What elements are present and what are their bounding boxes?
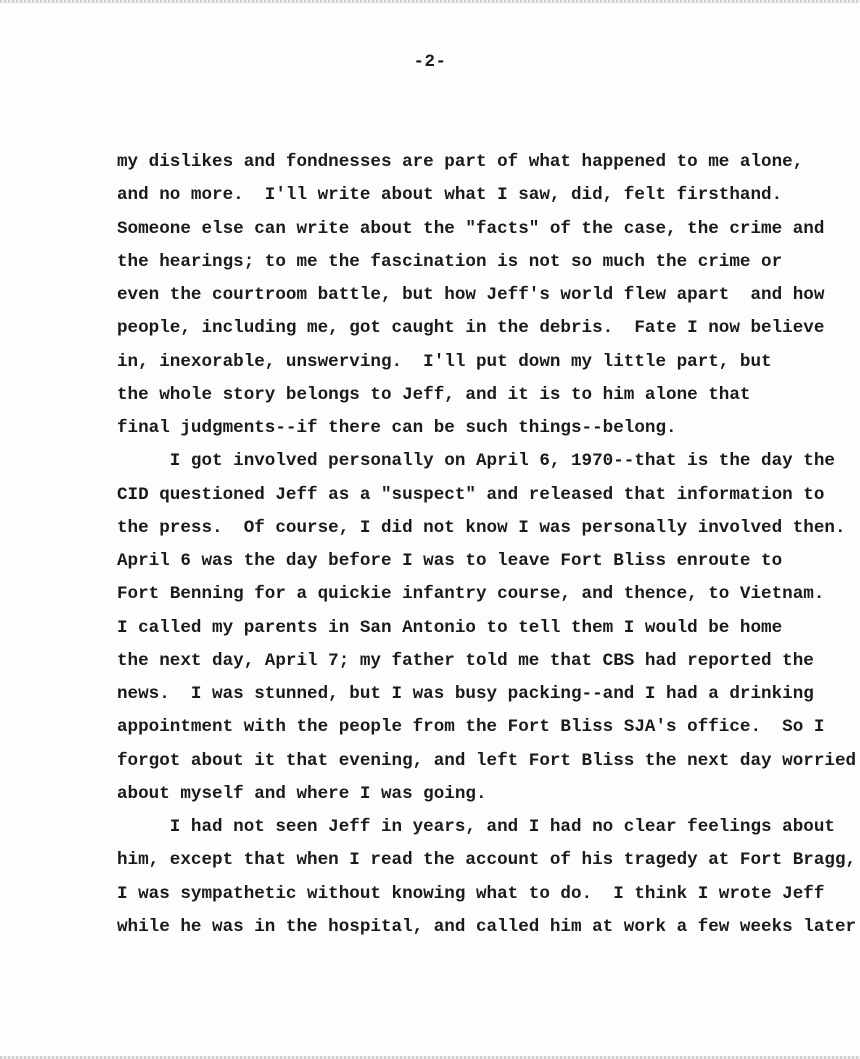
- text-line: in, inexorable, unswerving. I'll put dow…: [117, 350, 857, 383]
- text-line: I got involved personally on April 6, 19…: [117, 449, 857, 482]
- paragraph-1: my dislikes and fondnesses are part of w…: [117, 150, 857, 449]
- text-line: April 6 was the day before I was to leav…: [117, 549, 857, 582]
- text-line: about myself and where I was going.: [117, 782, 857, 815]
- paragraph-3: I had not seen Jeff in years, and I had …: [117, 815, 857, 948]
- body-text: my dislikes and fondnesses are part of w…: [117, 150, 857, 948]
- text-line: Someone else can write about the "facts"…: [117, 217, 857, 250]
- text-line: him, except that when I read the account…: [117, 848, 857, 881]
- text-line: and no more. I'll write about what I saw…: [117, 183, 857, 216]
- text-line: news. I was stunned, but I was busy pack…: [117, 682, 857, 715]
- text-line: the hearings; to me the fascination is n…: [117, 250, 857, 283]
- page-number: -2-: [0, 52, 860, 72]
- text-line: I was sympathetic without knowing what t…: [117, 882, 857, 915]
- text-line: my dislikes and fondnesses are part of w…: [117, 150, 857, 183]
- text-line: CID questioned Jeff as a "suspect" and r…: [117, 483, 857, 516]
- paragraph-2: I got involved personally on April 6, 19…: [117, 449, 857, 815]
- text-line: I had not seen Jeff in years, and I had …: [117, 815, 857, 848]
- text-line: final judgments--if there can be such th…: [117, 416, 857, 449]
- text-line: even the courtroom battle, but how Jeff'…: [117, 283, 857, 316]
- text-line: forgot about it that evening, and left F…: [117, 749, 857, 782]
- text-line: the whole story belongs to Jeff, and it …: [117, 383, 857, 416]
- text-line: people, including me, got caught in the …: [117, 316, 857, 349]
- text-line: while he was in the hospital, and called…: [117, 915, 857, 948]
- text-line: the press. Of course, I did not know I w…: [117, 516, 857, 549]
- text-line: Fort Benning for a quickie infantry cour…: [117, 582, 857, 615]
- text-line: I called my parents in San Antonio to te…: [117, 616, 857, 649]
- text-line: the next day, April 7; my father told me…: [117, 649, 857, 682]
- document-page: -2- my dislikes and fondnesses are part …: [0, 0, 860, 1059]
- text-line: appointment with the people from the For…: [117, 715, 857, 748]
